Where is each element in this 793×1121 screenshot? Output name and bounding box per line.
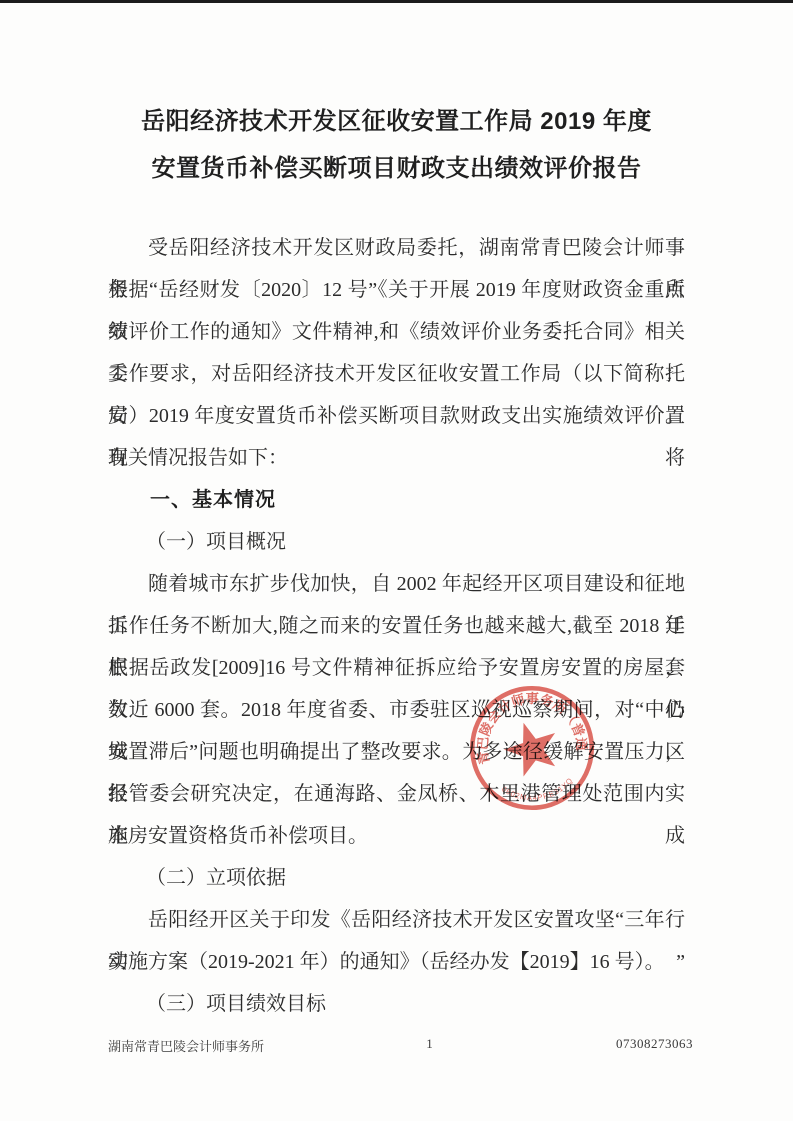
paragraph-line: 安置滞后”问题也明确提出了整改要求。为多途径缓解安置压力，经 xyxy=(108,731,685,773)
paragraph-line: 根据“岳经财发〔2020〕12 号”《关于开展 2019 年度财政资金重点绩 xyxy=(108,269,685,311)
section-heading-1: 一、基本情况 xyxy=(108,479,685,521)
subsection-heading-3: （三）项目绩效目标 xyxy=(108,983,685,1025)
document-title: 岳阳经济技术开发区征收安置工作局 2019 年度 安置货币补偿买断项目财政支出绩… xyxy=(0,98,793,192)
subsection-heading-1: （一）项目概况 xyxy=(108,521,685,563)
paragraph-line: 效评价工作的通知》文件精神,和《绩效评价业务委托合同》相关委托 xyxy=(108,311,685,353)
paragraph-line: 报管委会研究决定，在通海路、金凤桥、木里港管理处范围内实施成 xyxy=(108,773,685,815)
paragraph-line: 局）2019 年度安置货币补偿买断项目款财政支出实施绩效评价。现将 xyxy=(108,395,685,437)
paragraph-line: 受岳阳经济技术开发区财政局委托，湖南常青巴陵会计师事务所 xyxy=(108,227,685,269)
title-line-2: 安置货币补偿买断项目财政支出绩效评价报告 xyxy=(0,145,793,192)
document-body: 受岳阳经济技术开发区财政局委托，湖南常青巴陵会计师事务所 根据“岳经财发〔202… xyxy=(108,227,685,1025)
footer-phone-number: 07308273063 xyxy=(616,1036,693,1052)
paragraph-line: 实施方案（2019-2021 年）的通知》（岳经办发【2019】16 号）。 xyxy=(108,941,685,983)
paragraph-line: 岳阳经开区关于印发《岳阳经济技术开发区安置攻坚“三年行动” xyxy=(108,899,685,941)
page-footer: 湖南常青巴陵会计师事务所 1 07308273063 xyxy=(0,1036,793,1058)
paragraph-line: 工作要求，对岳阳经济技术开发区征收安置工作局（以下简称：安置 xyxy=(108,353,685,395)
subsection-heading-2: （二）立项依据 xyxy=(108,857,685,899)
paragraph-line: 随着城市东扩步伐加快，自 2002 年起经开区项目建设和征地拆迁 xyxy=(108,563,685,605)
paragraph-line: 工作任务不断加大,随之而来的安置任务也越来越大,截至 2018 年底， xyxy=(108,605,685,647)
report-page: 岳阳经济技术开发区征收安置工作局 2019 年度 安置货币补偿买断项目财政支出绩… xyxy=(0,0,793,1121)
paragraph-line: 根据岳政发[2009]16 号文件精神征拆应给予安置房安置的房屋套数仍 xyxy=(108,647,685,689)
title-line-1: 岳阳经济技术开发区征收安置工作局 2019 年度 xyxy=(0,98,793,145)
paragraph-line: 欠近 6000 套。2018 年度省委、市委驻区巡视巡察期间，对“中心城区 xyxy=(108,689,685,731)
scan-edge-artifact xyxy=(0,0,793,3)
